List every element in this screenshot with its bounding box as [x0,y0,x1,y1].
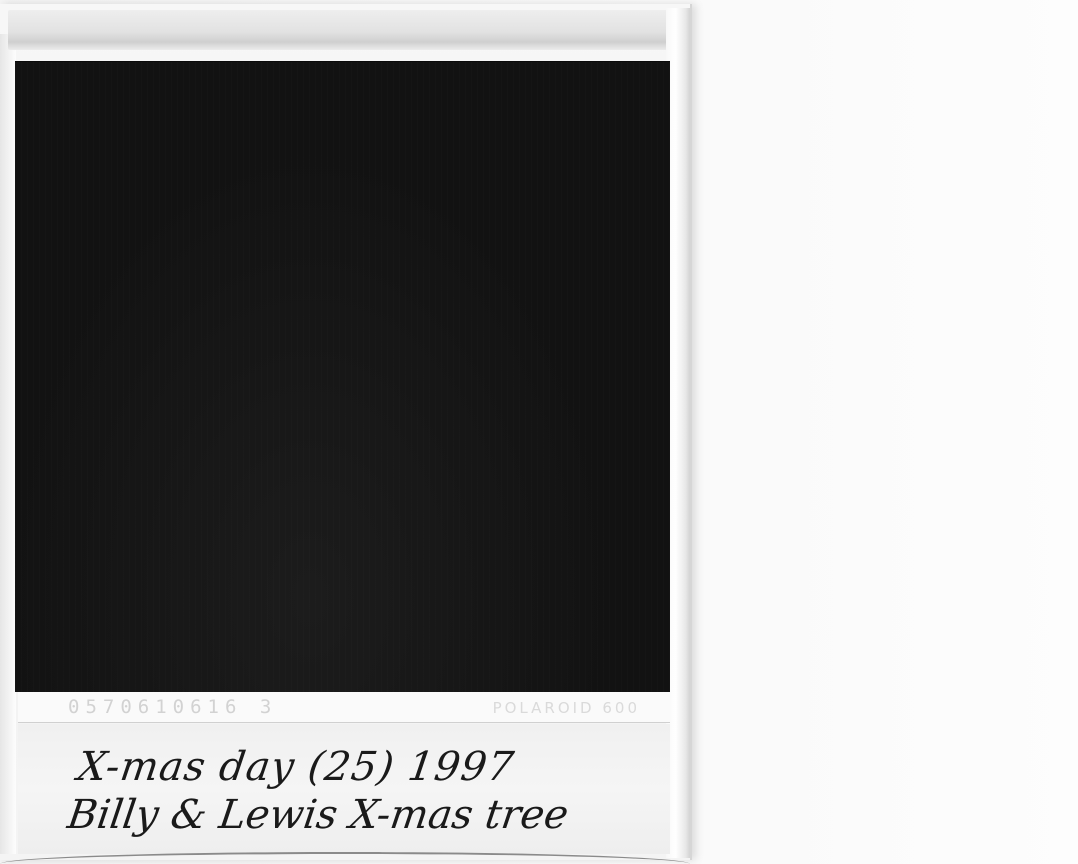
polaroid-print: 0570610616 3 POLAROID 600 X-mas day (25)… [0,4,692,860]
polaroid-top-strip [8,10,684,50]
film-serial-number: 0570610616 3 [68,696,277,718]
polaroid-left-edge [0,34,16,854]
caption-line-date: X-mas day (25) 1997 [75,744,517,790]
photo-image-area [15,61,670,692]
film-code-strip: 0570610616 3 POLAROID 600 [18,692,670,723]
film-brand-label: POLAROID 600 [493,699,640,717]
caption-line-description: Billy & Lewis X-mas tree [65,792,572,838]
handwritten-caption-area: X-mas day (25) 1997 Billy & Lewis X-mas … [18,724,670,854]
